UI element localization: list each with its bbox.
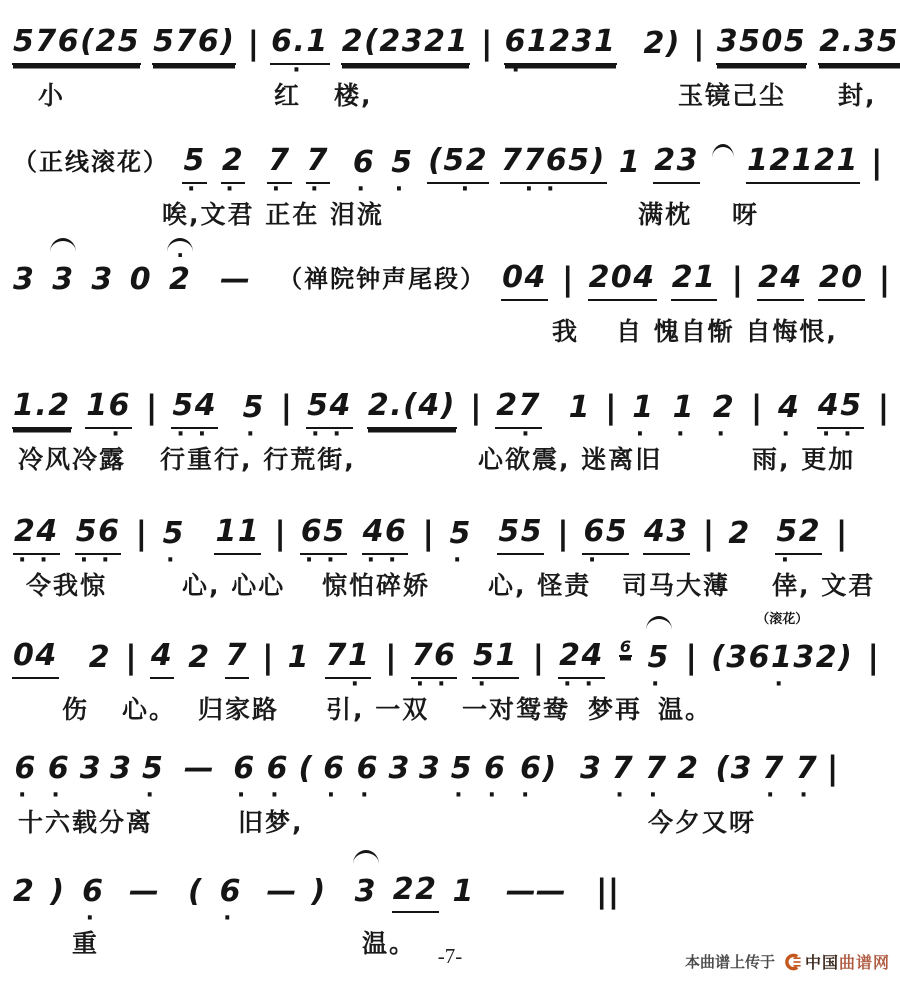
note-group: 1 bbox=[452, 842, 476, 928]
watermark-upload-text: 本曲谱上传于 bbox=[685, 951, 775, 972]
note-group: 6· bbox=[264, 719, 291, 805]
note-group: 2) bbox=[642, 0, 682, 80]
note-text: | bbox=[751, 389, 763, 429]
notes-row: （正线滚花）5·2·7·7·6·5·(52 ·7765)·· 12312121| bbox=[12, 111, 894, 199]
note-group: 51· bbox=[471, 606, 519, 694]
notation-line-2: （正线滚花）5·2·7·7·6·5·(52 ·7765)·· 12312121|… bbox=[12, 111, 894, 229]
note-group: — bbox=[128, 842, 160, 928]
note-text: 3505 bbox=[716, 23, 808, 65]
note-group: 04 bbox=[12, 606, 59, 694]
note-group: 1· bbox=[670, 358, 697, 444]
note-text: 04 bbox=[12, 637, 59, 679]
note-group: 24·· bbox=[557, 606, 606, 694]
note-group: 2· bbox=[219, 111, 246, 199]
lyric-segment: 满枕 bbox=[638, 195, 692, 231]
note-group: 1 bbox=[618, 113, 642, 199]
note-text: | bbox=[878, 389, 890, 429]
note-text: 2.(4) bbox=[367, 387, 457, 429]
note-text: | bbox=[731, 261, 743, 301]
note-group: 61231· bbox=[504, 0, 618, 80]
note-text: 11 bbox=[214, 513, 261, 555]
note-group: ( bbox=[187, 842, 204, 928]
low-octave-dots: · bbox=[710, 429, 737, 444]
note-group: 5· bbox=[240, 358, 267, 444]
note-group: 3 bbox=[418, 719, 442, 805]
low-octave-dots: · bbox=[434, 184, 482, 199]
note-group: 6· bbox=[231, 719, 258, 805]
note-text: 2 bbox=[676, 750, 700, 790]
note-text: | bbox=[685, 639, 697, 679]
note-group: 23 bbox=[653, 111, 700, 199]
low-octave-dots: · bbox=[609, 790, 636, 805]
lyric-segment: 红 bbox=[274, 76, 301, 112]
low-octave-dots: ·· bbox=[519, 184, 588, 199]
note-group: 3 bbox=[90, 230, 114, 316]
note-group: 7 bbox=[225, 606, 249, 694]
note-text: | bbox=[532, 639, 544, 679]
notes-row: 2)6·—(6·—)3221——|| bbox=[12, 840, 894, 928]
note-group: 576(25 bbox=[12, 0, 141, 80]
low-octave-dots: · bbox=[670, 429, 697, 444]
note-group: 2 bbox=[187, 608, 211, 694]
low-octave-dots: · bbox=[727, 679, 837, 694]
low-octave-dots: · bbox=[389, 184, 416, 199]
note-text: | bbox=[247, 25, 259, 65]
note-text: | bbox=[146, 389, 158, 429]
note-text: 43 bbox=[643, 513, 690, 555]
note-group: 7· bbox=[760, 719, 787, 805]
note-text: （正线滚花） bbox=[12, 144, 170, 184]
note-text: 2 bbox=[187, 639, 211, 679]
note-text: 576) bbox=[152, 23, 236, 65]
note-text: 1 bbox=[452, 873, 476, 913]
note-text: | bbox=[481, 25, 493, 65]
site-name-bold: 中国 bbox=[805, 950, 839, 973]
lyric-segment: 玉镜己尘 bbox=[678, 76, 786, 112]
note-group: 1· bbox=[630, 358, 657, 444]
note-text: —— bbox=[505, 873, 567, 913]
note-group: 7· bbox=[643, 719, 670, 805]
lyric-segment: 今夕又呀 bbox=[648, 803, 756, 839]
barline: | bbox=[751, 358, 763, 444]
low-octave-dots: · bbox=[217, 913, 244, 928]
lyric-segment: 心, 怪责 bbox=[488, 566, 591, 602]
note-text: 20 bbox=[818, 259, 865, 301]
note-group: (52 · bbox=[427, 111, 489, 199]
note-group: 2 bbox=[727, 484, 751, 570]
note-group: 22 bbox=[392, 840, 439, 928]
note-text: 2 bbox=[12, 873, 36, 913]
low-octave-dots: · bbox=[448, 790, 475, 805]
barline: | bbox=[693, 0, 705, 80]
note-text: — bbox=[128, 873, 160, 913]
note-group: 6· bbox=[482, 719, 509, 805]
high-octave-dot: · bbox=[176, 252, 184, 261]
note-group: 5· bbox=[645, 608, 672, 694]
note-group: 2 bbox=[12, 842, 36, 928]
note-group: 4· bbox=[775, 358, 802, 444]
lyric-segment: 惊怕碎娇 bbox=[322, 566, 430, 602]
lyric-segment: 行重行, 行荒街, bbox=[160, 440, 356, 476]
note-group: 3 bbox=[79, 719, 103, 805]
note-group: 65· bbox=[582, 482, 630, 570]
note-group: 6· bbox=[217, 842, 244, 928]
note-group: 65·· bbox=[299, 482, 348, 570]
note-group: — bbox=[219, 230, 251, 316]
note-group: 2 bbox=[88, 608, 112, 694]
note-group: 6· bbox=[45, 719, 72, 805]
barline: | bbox=[470, 358, 482, 444]
lyric-segment: 倖, 文君 bbox=[772, 566, 875, 602]
barline: | bbox=[262, 608, 274, 694]
note-group: 3 bbox=[50, 230, 76, 316]
note-text: | bbox=[280, 389, 292, 429]
note-group: 4 bbox=[150, 606, 174, 694]
site-logo-icon bbox=[783, 953, 802, 971]
annotation-above: （滚花） bbox=[756, 608, 808, 630]
note-group: 3 bbox=[579, 719, 603, 805]
notation-line-4: 1.216 ·|54··5·|54··2.(4)|27 ·1|1·1·2·|4·… bbox=[12, 356, 894, 474]
barline: | bbox=[703, 484, 715, 570]
barline: || bbox=[596, 842, 619, 928]
tie-arc bbox=[353, 842, 379, 864]
note-text: ( bbox=[187, 873, 204, 913]
note-text: （禅院钟声尾段） bbox=[277, 261, 487, 301]
lyric-segment: 雨, 更加 bbox=[752, 440, 855, 476]
lyric-segment: 楼, bbox=[334, 76, 373, 112]
note-group: — bbox=[266, 842, 298, 928]
note-text: 3 bbox=[79, 750, 103, 790]
barline: | bbox=[562, 230, 574, 316]
note-text: | bbox=[274, 515, 286, 555]
barline: | bbox=[867, 608, 879, 694]
lyric-segment: 旧梦, bbox=[238, 803, 304, 839]
lyric-segment: 心欲震, 迷离旧 bbox=[478, 440, 662, 476]
note-text: 1 bbox=[618, 144, 642, 184]
note-group: 54·· bbox=[170, 356, 219, 444]
note-text: | bbox=[605, 389, 617, 429]
barline: | bbox=[146, 358, 158, 444]
note-text: | bbox=[262, 639, 274, 679]
note-group: 7· bbox=[609, 719, 636, 805]
note-group: 6· bbox=[321, 719, 348, 805]
note-group: 27 · bbox=[495, 356, 543, 444]
note-group: 2· bbox=[710, 358, 737, 444]
note-text: — bbox=[183, 750, 215, 790]
barline: | bbox=[871, 113, 883, 199]
note-text: ( bbox=[298, 750, 315, 790]
notation-line-5: 24··56··|5·11|65··46··|5·55|65· 43|252· … bbox=[12, 482, 894, 600]
low-octave-dots: · bbox=[482, 790, 509, 805]
note-text: 22 bbox=[392, 871, 439, 913]
note-group: 6· bbox=[350, 113, 377, 199]
note-text: | bbox=[871, 144, 883, 184]
note-text: | bbox=[827, 750, 839, 790]
notation-line-7: 6·6·335·—6·6·(6·6·335·6·6)· 37·7·2(37·7·… bbox=[12, 719, 894, 837]
note-text: 21 bbox=[671, 259, 718, 301]
low-octave-dots: · bbox=[515, 790, 563, 805]
note-group: 5· bbox=[139, 719, 166, 805]
note-text: | bbox=[693, 25, 705, 65]
notes-row: 042|427|171 ·|76··51· |24··65·|（滚花）(3613… bbox=[12, 606, 894, 694]
note-group: 24 bbox=[757, 228, 804, 316]
barline: | bbox=[481, 0, 493, 80]
note-group: 576) bbox=[152, 0, 236, 80]
note-text: 2.356 bbox=[818, 23, 900, 65]
barline: | bbox=[731, 230, 743, 316]
note-group: 7765)·· bbox=[500, 111, 607, 199]
low-octave-dots: · bbox=[793, 790, 820, 805]
note-group: 11 bbox=[214, 482, 261, 570]
note-group: 6)· bbox=[515, 719, 563, 805]
note-group: 6 bbox=[619, 608, 632, 694]
note-group: 3 bbox=[12, 230, 36, 316]
note-group: 2(2321 bbox=[341, 0, 470, 80]
barline: | bbox=[280, 358, 292, 444]
note-group: 1.2 bbox=[12, 356, 72, 444]
note-text: — bbox=[219, 261, 251, 301]
note-text: 3 bbox=[109, 750, 133, 790]
note-text: (3 bbox=[714, 750, 754, 790]
barline: | bbox=[125, 608, 137, 694]
lyric-segment: 唉,文君 正在 泪流 bbox=[162, 195, 384, 231]
note-group: 5· bbox=[447, 484, 474, 570]
note-text: 2(2321 bbox=[341, 23, 470, 65]
note-group: 5· bbox=[181, 111, 208, 199]
note-text: ) bbox=[311, 873, 328, 913]
note-text: 3 bbox=[354, 873, 378, 913]
note-group: 3 bbox=[387, 719, 411, 805]
note-group: （滚花）(36132) · bbox=[710, 608, 854, 694]
note-text: 1 bbox=[287, 639, 311, 679]
note-text: | bbox=[557, 515, 569, 555]
note-text: 24 bbox=[757, 259, 804, 301]
note-group: 43 bbox=[643, 482, 690, 570]
note-text: 55 bbox=[497, 513, 544, 555]
notation-line-1: 576(25576)|6.1·2(2321|61231· 2)|35052.35… bbox=[12, 0, 894, 110]
lyric-segment: 呀 bbox=[732, 195, 759, 231]
note-group: ( bbox=[298, 719, 315, 805]
note-text: | bbox=[385, 639, 397, 679]
note-group: 12121 bbox=[746, 111, 860, 199]
note-text: | bbox=[125, 639, 137, 679]
note-text: 6 bbox=[619, 639, 632, 657]
note-text: ) bbox=[49, 873, 66, 913]
note-text: 3 bbox=[387, 750, 411, 790]
lyric-segment: 十六载分离 bbox=[18, 803, 153, 839]
note-group: 6· bbox=[80, 842, 107, 928]
note-group: 3505 bbox=[716, 0, 808, 80]
note-text: 2 bbox=[88, 639, 112, 679]
note-group: 24·· bbox=[12, 482, 61, 570]
note-text bbox=[711, 144, 735, 184]
note-text: | bbox=[879, 261, 891, 301]
note-text: 3 bbox=[12, 261, 36, 301]
notation-line-3: 3330·2—（禅院钟声尾段）04|20421|2420|我自 愧自惭 自悔恨, bbox=[12, 228, 894, 346]
note-text: 2) bbox=[642, 25, 682, 65]
tie-arc bbox=[50, 230, 76, 252]
lyric-segment: 冷风冷露 bbox=[18, 440, 126, 476]
note-text: | bbox=[562, 261, 574, 301]
note-group: —— bbox=[505, 842, 567, 928]
barline: | bbox=[557, 484, 569, 570]
notes-row: 6·6·335·—6·6·(6·6·335·6·6)· 37·7·2(37·7·… bbox=[12, 719, 894, 805]
note-group: — bbox=[183, 719, 215, 805]
note-text: 0 bbox=[129, 261, 153, 301]
note-text: 23 bbox=[653, 142, 700, 184]
note-group: 21 bbox=[671, 228, 718, 316]
note-group: ) bbox=[311, 842, 328, 928]
note-group: 54·· bbox=[305, 356, 354, 444]
lyric-segment: 令我惊 bbox=[26, 566, 107, 602]
notes-row: 3330·2—（禅院钟声尾段）04|20421|2420| bbox=[12, 228, 894, 316]
notes-row: 1.216 ·|54··5·|54··2.(4)|27 ·1|1·1·2·|4·… bbox=[12, 356, 894, 444]
note-group: 7· bbox=[266, 111, 293, 199]
note-group: 0 bbox=[129, 230, 153, 316]
note-text: 3 bbox=[418, 750, 442, 790]
note-group: 2.(4) bbox=[367, 356, 457, 444]
note-text: | bbox=[867, 639, 879, 679]
barline: | bbox=[247, 0, 259, 80]
note-group: 04 bbox=[501, 228, 548, 316]
note-text: | bbox=[703, 515, 715, 555]
note-group: ·2 bbox=[167, 230, 193, 316]
note-group: 16 · bbox=[85, 356, 133, 444]
note-group: 1 bbox=[568, 358, 592, 444]
barline: | bbox=[385, 608, 397, 694]
notes-row: 24··56··|5·11|65··46··|5·55|65· 43|252· … bbox=[12, 482, 894, 570]
note-group: 3 bbox=[353, 842, 379, 928]
notation-line-6: 042|427|171 ·|76··51· |24··65·|（滚花）(3613… bbox=[12, 606, 894, 724]
low-octave-dots: · bbox=[354, 790, 381, 805]
barline: | bbox=[135, 484, 147, 570]
tie-arc bbox=[711, 113, 735, 199]
note-group: 2 bbox=[676, 719, 700, 805]
barline: | bbox=[827, 719, 839, 805]
note-group: 5· bbox=[160, 484, 187, 570]
note-text: | bbox=[135, 515, 147, 555]
note-group: 6.1· bbox=[270, 0, 330, 80]
barline: | bbox=[878, 358, 890, 444]
note-group: （正线滚花） bbox=[12, 113, 170, 199]
site-name-red: 曲谱网 bbox=[839, 950, 890, 973]
lyric-segment: 封, bbox=[838, 76, 877, 112]
note-text: 204 bbox=[588, 259, 657, 301]
note-group: (3 bbox=[714, 719, 754, 805]
note-text: 7 bbox=[225, 637, 249, 679]
note-group: 46·· bbox=[361, 482, 410, 570]
tie-arc bbox=[646, 608, 672, 630]
note-text: 3 bbox=[579, 750, 603, 790]
barline: | bbox=[532, 608, 544, 694]
note-group: 7· bbox=[793, 719, 820, 805]
lyric-segment: 自 愧自惭 自悔恨, bbox=[616, 312, 838, 348]
note-group: 3 bbox=[109, 719, 133, 805]
low-octave-dots: · bbox=[321, 790, 348, 805]
note-group: ) bbox=[49, 842, 66, 928]
barline: | bbox=[605, 358, 617, 444]
low-octave-dots: · bbox=[447, 555, 474, 570]
note-text: 4 bbox=[150, 637, 174, 679]
note-text: || bbox=[596, 873, 619, 913]
barline: | bbox=[836, 484, 848, 570]
lyric-segment: 司马大薄 bbox=[622, 566, 730, 602]
note-group: 5· bbox=[448, 719, 475, 805]
note-text: 1 bbox=[568, 389, 592, 429]
watermark: 本曲谱上传于 中国 曲谱网 bbox=[685, 950, 890, 973]
note-group: 6· bbox=[354, 719, 381, 805]
note-group: 7· bbox=[304, 111, 331, 199]
notes-row: 576(25576)|6.1·2(2321|61231· 2)|35052.35… bbox=[12, 0, 894, 80]
lyric-segment: 我 bbox=[552, 312, 579, 348]
note-text: 2 bbox=[168, 261, 192, 301]
barline: | bbox=[274, 484, 286, 570]
note-text: 3 bbox=[51, 261, 75, 301]
note-text: | bbox=[422, 515, 434, 555]
lyric-segment: 心, 心心 bbox=[182, 566, 285, 602]
note-group: 56·· bbox=[74, 482, 123, 570]
barline: | bbox=[422, 484, 434, 570]
note-text: 1.2 bbox=[12, 387, 72, 429]
note-group: （禅院钟声尾段） bbox=[277, 230, 487, 316]
note-group: 2.356 bbox=[818, 0, 900, 80]
note-group: 76·· bbox=[410, 606, 459, 694]
note-group: 204 bbox=[588, 228, 657, 316]
note-text: — bbox=[266, 873, 298, 913]
note-group: 5· bbox=[389, 113, 416, 199]
note-group: 52· bbox=[775, 482, 823, 570]
low-octave-dots: · bbox=[506, 65, 616, 80]
barline: | bbox=[879, 230, 891, 316]
low-octave-dots: · bbox=[760, 790, 787, 805]
note-text: | bbox=[836, 515, 848, 555]
sheet-music-page: 576(25576)|6.1·2(2321|61231· 2)|35052.35… bbox=[0, 0, 900, 983]
note-text: 2 bbox=[727, 515, 751, 555]
note-group: 1 bbox=[287, 608, 311, 694]
note-text: 3 bbox=[90, 261, 114, 301]
lyric-segment: 小 bbox=[38, 76, 65, 112]
note-group: 45·· bbox=[816, 356, 865, 444]
note-group: 55 bbox=[497, 482, 544, 570]
note-text: | bbox=[470, 389, 482, 429]
note-group: 71 · bbox=[324, 606, 372, 694]
note-text: 576(25 bbox=[12, 23, 141, 65]
notation-line-8: 2)6·—(6·—)3221——||重温。 bbox=[12, 840, 894, 958]
note-text: 12121 bbox=[746, 142, 860, 184]
note-group: 6· bbox=[12, 719, 39, 805]
note-text: 04 bbox=[501, 259, 548, 301]
barline: | bbox=[685, 608, 697, 694]
note-group: 20 bbox=[818, 228, 865, 316]
